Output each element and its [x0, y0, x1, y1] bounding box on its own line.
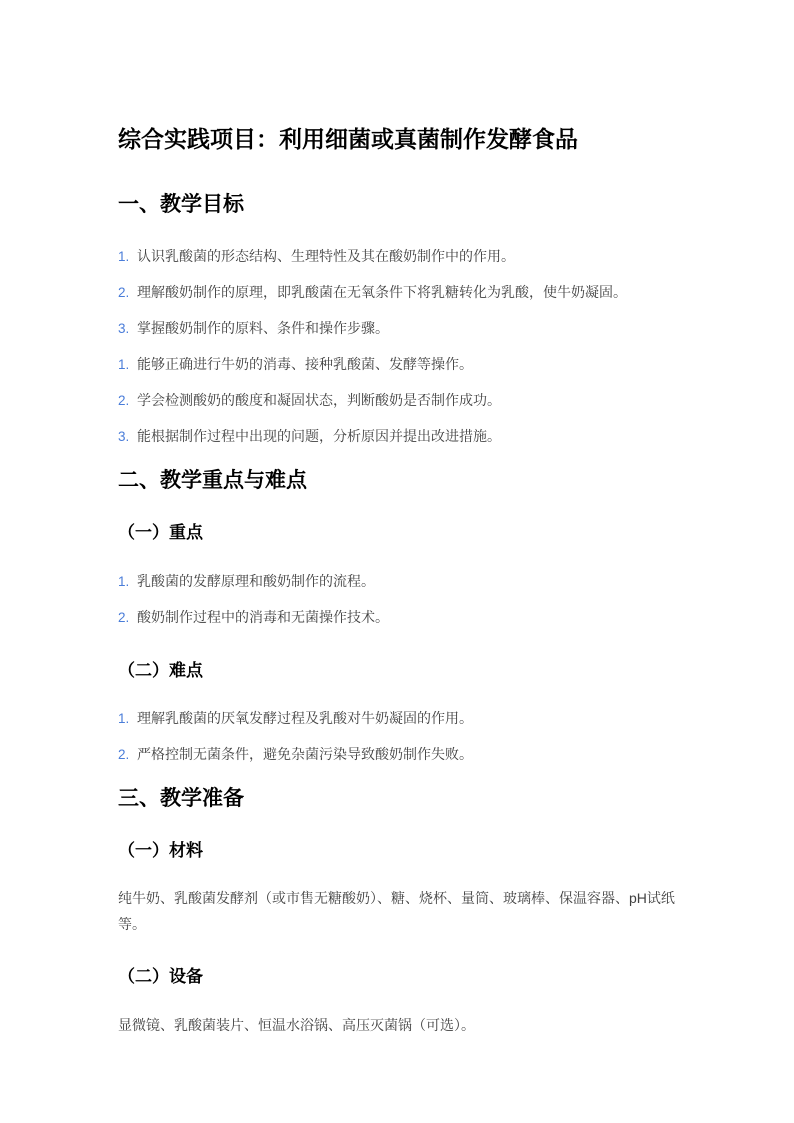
list-item-number: 2. — [118, 742, 137, 768]
list-item: 3. 掌握酸奶制作的原料、条件和操作步骤。 — [118, 315, 678, 342]
section-heading-key-points: 二、教学重点与难点 — [118, 468, 678, 493]
list-item: 2. 严格控制无菌条件，避免杂菌污染导致酸奶制作失败。 — [118, 741, 678, 768]
list-item-text: 乳酸菌的发酵原理和酸奶制作的流程。 — [137, 568, 678, 594]
list-item-text: 酸奶制作过程中的消毒和无菌操作技术。 — [137, 604, 678, 630]
document-content: 综合实践项目：利用细菌或真菌制作发酵食品 一、教学目标 1. 认识乳酸菌的形态结… — [118, 125, 678, 1048]
list-item-text: 能够正确进行牛奶的消毒、接种乳酸菌、发酵等操作。 — [137, 351, 678, 377]
list-item-number: 3. — [118, 316, 137, 342]
list-item-number: 1. — [118, 706, 137, 732]
subsection-heading-materials: （一）材料 — [118, 841, 678, 861]
list-item: 2. 酸奶制作过程中的消毒和无菌操作技术。 — [118, 604, 678, 631]
list-item-number: 3. — [118, 424, 137, 450]
list-item: 1. 乳酸菌的发酵原理和酸奶制作的流程。 — [118, 568, 678, 595]
document-page: 综合实践项目：利用细菌或真菌制作发酵食品 一、教学目标 1. 认识乳酸菌的形态结… — [0, 0, 794, 1123]
list-item-number: 1. — [118, 352, 137, 378]
list-item-text: 掌握酸奶制作的原料、条件和操作步骤。 — [137, 315, 678, 341]
equipment-paragraph: 显微镜、乳酸菌装片、恒温水浴锅、高压灭菌锅（可选）。 — [118, 1012, 678, 1038]
list-item-number: 2. — [118, 388, 137, 414]
document-title: 综合实践项目：利用细菌或真菌制作发酵食品 — [118, 125, 678, 154]
subsection-heading-difficulty: （二）难点 — [118, 661, 678, 681]
objectives-knowledge-list: 1. 认识乳酸菌的形态结构、生理特性及其在酸奶制作中的作用。 2. 理解酸奶制作… — [118, 243, 678, 342]
list-item: 1. 理解乳酸菌的厌氧发酵过程及乳酸对牛奶凝固的作用。 — [118, 705, 678, 732]
section-heading-preparation: 三、教学准备 — [118, 786, 678, 811]
subsection-heading-focus: （一）重点 — [118, 523, 678, 543]
list-item-number: 1. — [118, 569, 137, 595]
list-item: 1. 认识乳酸菌的形态结构、生理特性及其在酸奶制作中的作用。 — [118, 243, 678, 270]
list-item: 1. 能够正确进行牛奶的消毒、接种乳酸菌、发酵等操作。 — [118, 351, 678, 378]
difficulty-list: 1. 理解乳酸菌的厌氧发酵过程及乳酸对牛奶凝固的作用。 2. 严格控制无菌条件，… — [118, 705, 678, 768]
list-item-number: 2. — [118, 605, 137, 631]
list-item-text: 严格控制无菌条件，避免杂菌污染导致酸奶制作失败。 — [137, 741, 678, 767]
section-heading-objectives: 一、教学目标 — [118, 192, 678, 217]
list-item: 2. 学会检测酸奶的酸度和凝固状态，判断酸奶是否制作成功。 — [118, 387, 678, 414]
list-item-number: 2. — [118, 280, 137, 306]
focus-list: 1. 乳酸菌的发酵原理和酸奶制作的流程。 2. 酸奶制作过程中的消毒和无菌操作技… — [118, 568, 678, 631]
materials-paragraph: 纯牛奶、乳酸菌发酵剂（或市售无糖酸奶）、糖、烧杯、量筒、玻璃棒、保温容器、pH试… — [118, 885, 678, 937]
list-item-text: 认识乳酸菌的形态结构、生理特性及其在酸奶制作中的作用。 — [137, 243, 678, 269]
list-item-text: 理解酸奶制作的原理，即乳酸菌在无氧条件下将乳糖转化为乳酸，使牛奶凝固。 — [137, 279, 678, 305]
list-item-text: 理解乳酸菌的厌氧发酵过程及乳酸对牛奶凝固的作用。 — [137, 705, 678, 731]
list-item: 2. 理解酸奶制作的原理，即乳酸菌在无氧条件下将乳糖转化为乳酸，使牛奶凝固。 — [118, 279, 678, 306]
list-item-number: 1. — [118, 244, 137, 270]
list-item-text: 能根据制作过程中出现的问题，分析原因并提出改进措施。 — [137, 423, 678, 449]
objectives-skills-list: 1. 能够正确进行牛奶的消毒、接种乳酸菌、发酵等操作。 2. 学会检测酸奶的酸度… — [118, 351, 678, 450]
subsection-heading-equipment: （二）设备 — [118, 967, 678, 987]
list-item-text: 学会检测酸奶的酸度和凝固状态，判断酸奶是否制作成功。 — [137, 387, 678, 413]
list-item: 3. 能根据制作过程中出现的问题，分析原因并提出改进措施。 — [118, 423, 678, 450]
